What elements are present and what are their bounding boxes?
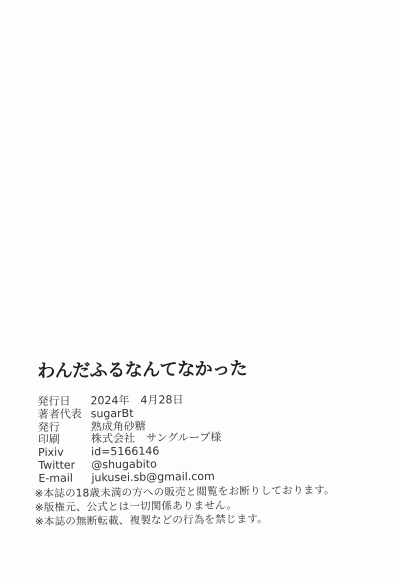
info-label: E-mail	[38, 472, 91, 485]
colophon-block: わんだふるなんてなかった 発行日 2024年 4月28日 著者代表 sugarB…	[37, 355, 369, 529]
notices-block: ※本誌の18歳未満の方への販売と閲覧をお断りしております。 ※版権元、公式とは一…	[35, 483, 369, 529]
info-label: 著者代表	[38, 408, 91, 421]
book-title: わんだふるなんてなかった	[37, 355, 367, 384]
publication-info: 発行日 2024年 4月28日 著者代表 sugarBt 発行 熟成角砂糖 印刷…	[37, 392, 368, 486]
scanned-colophon-page: わんだふるなんてなかった 発行日 2024年 4月28日 著者代表 sugarB…	[0, 0, 400, 578]
